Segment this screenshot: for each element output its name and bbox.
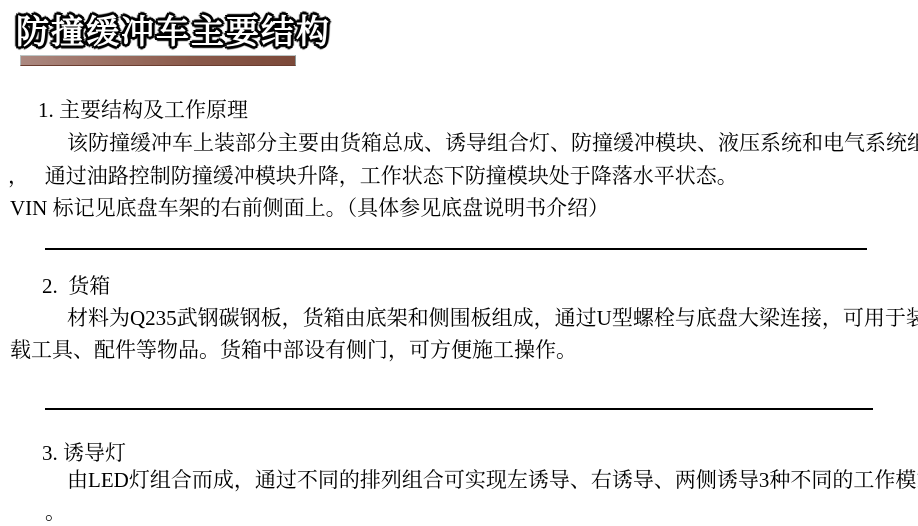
section-3-heading: 3. 诱导灯 [42,440,126,466]
section-3-line-2: 。 [45,499,66,525]
section-1-line-3: VIN 标记见底盘车架的右前侧面上。（具体参见底盘说明书介绍） [10,195,609,221]
section-1-line-1: 该防撞缓冲车上装部分主要由货箱总成、诱导组合灯、防撞缓冲模块、液压系统和电气系统… [67,130,918,156]
section-1-line-2: ， 通过油路控制防撞缓冲模块升降，工作状态下防撞模块处于降落水平状态。 [8,163,738,189]
section-1-heading: 1. 主要结构及工作原理 [38,97,248,123]
section-divider-2 [45,408,873,410]
slide: 防撞缓冲车主要结构 1. 主要结构及工作原理 该防撞缓冲车上装部分主要由货箱总成… [0,0,918,526]
section-3-line-1: 由LED灯组合而成，通过不同的排列组合可实现左诱导、右诱导、两侧诱导3种不同的工… [67,467,918,493]
section-divider-1 [45,248,867,250]
section-2-heading: 2. 货箱 [42,273,110,299]
section-2-line-2: 载工具、配件等物品。货箱中部设有侧门，可方便施工操作。 [10,337,577,363]
section-2-line-1: 材料为Q235武钢碳钢板，货箱由底架和侧围板组成，通过U型螺栓与底盘大梁连接，可… [67,305,918,331]
title-accent-bar [20,55,296,66]
page-title: 防撞缓冲车主要结构 [16,6,331,53]
